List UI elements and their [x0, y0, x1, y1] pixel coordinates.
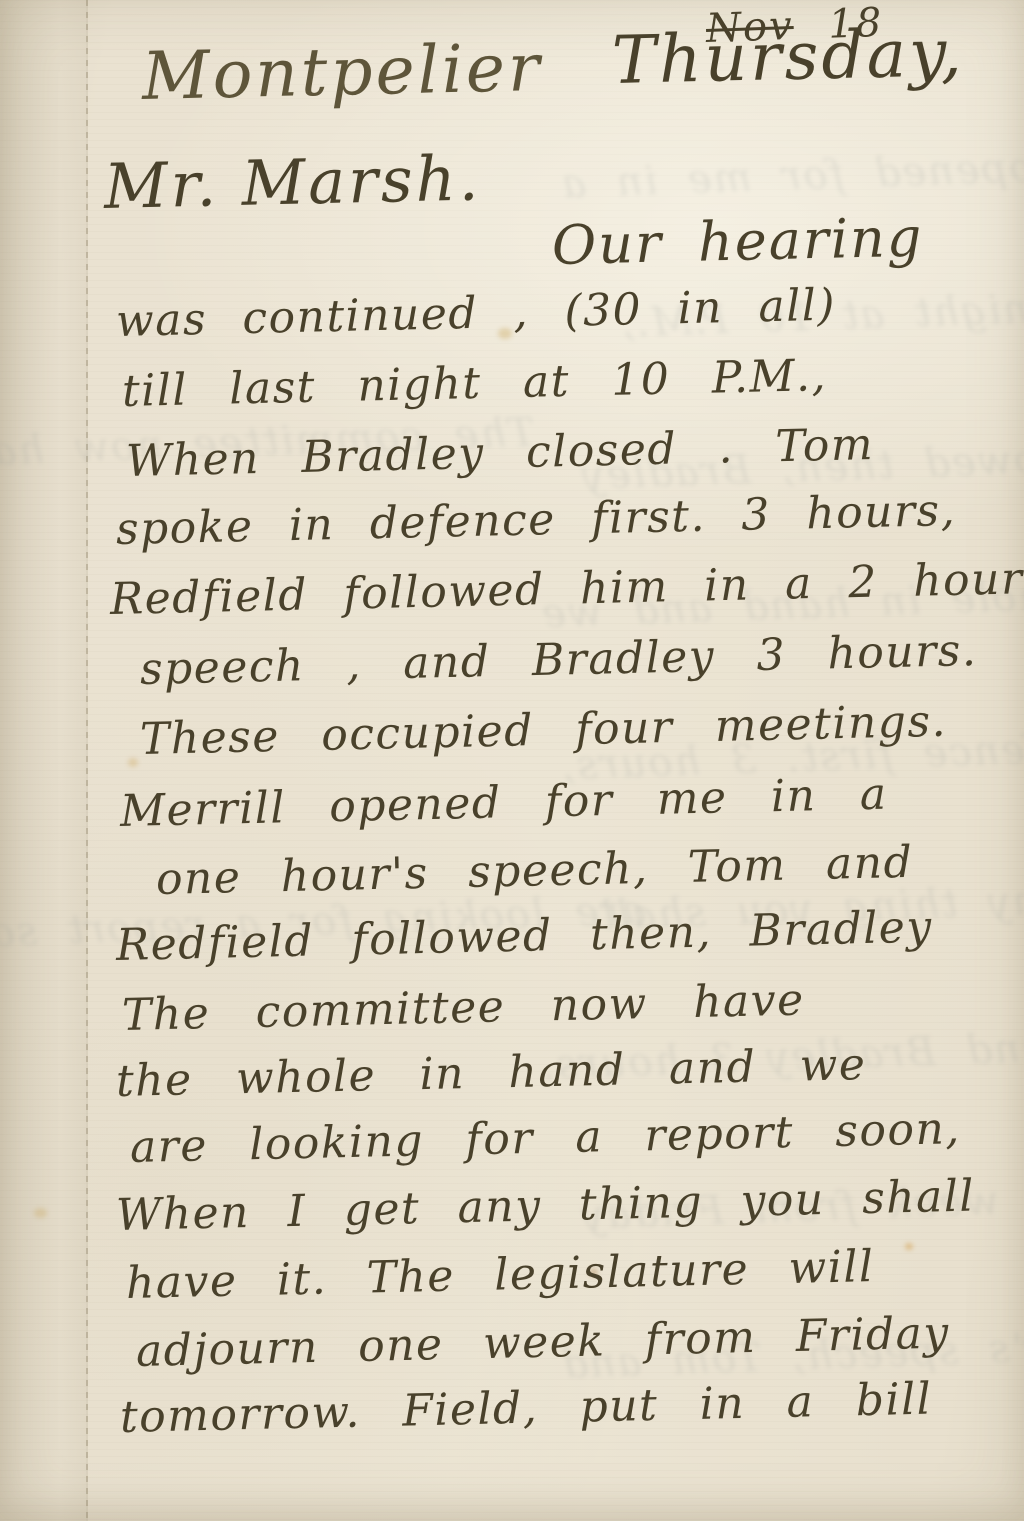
salutation: Mr. Marsh.	[103, 141, 482, 223]
stain-spot	[34, 1208, 47, 1218]
bleedthrough-text: Merrill opened for me in a	[559, 139, 1024, 208]
handwriting-line: was continued , (30 in all)	[115, 280, 836, 347]
handwriting-line: These occupied four meetings.	[139, 696, 947, 765]
page-fold-strip	[0, 0, 86, 1521]
stain-spot	[905, 1243, 913, 1250]
handwriting-line: adjourn one week from Friday	[135, 1308, 950, 1377]
handwriting-line: the whole in hand and we	[115, 1039, 866, 1107]
handwriting-line: tomorrow. Field, put in a bill	[119, 1374, 932, 1443]
page-fold-seam	[86, 0, 88, 1521]
handwriting-line: When Bradley closed . Tom	[125, 419, 874, 487]
place-name: Montpelier	[141, 29, 543, 115]
weekday: Thursday,	[611, 14, 965, 99]
handwriting-line: till last night at 10 P.M.,	[121, 350, 827, 417]
letter-page: Merrill opened for me in a till last nig…	[0, 0, 1024, 1521]
handwriting-line: one hour's speech, Tom and	[155, 837, 913, 905]
stain-spot	[128, 758, 138, 767]
handwriting-line: have it. The legislature will	[125, 1241, 875, 1309]
handwriting-line: Merrill opened for me in a	[119, 769, 888, 837]
handwriting-line: speech , and Bradley 3 hours.	[139, 625, 977, 695]
handwriting-line: Redfield followed then, Bradley	[115, 901, 933, 971]
opening-phrase: Our hearing	[551, 206, 924, 277]
handwriting-line: Redfield followed him in a 2 hour	[109, 553, 1024, 625]
handwriting-line: When I get any thing you shall	[115, 1171, 975, 1241]
handwriting-line: The committee now have	[121, 975, 805, 1041]
handwriting-line: spoke in defence first. 3 hours,	[115, 485, 956, 555]
handwriting-line: are looking for a report soon,	[129, 1103, 961, 1173]
